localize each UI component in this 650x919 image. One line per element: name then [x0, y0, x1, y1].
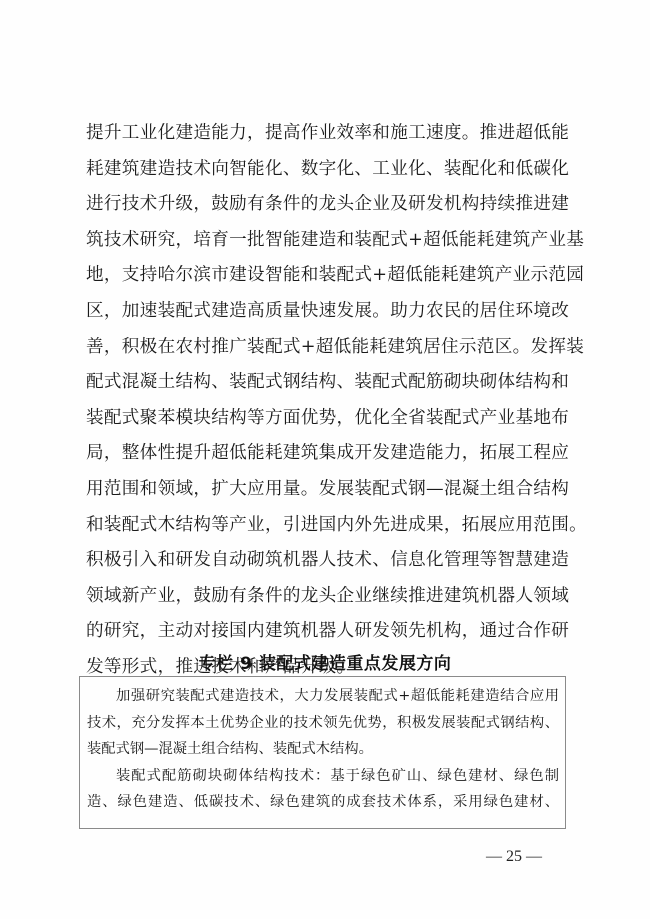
body-line: 积极引入和研发自动砌筑机器人技术、信息化管理等智慧建造	[86, 543, 568, 579]
sidebar-box: 加强研究装配式建造技术，大力发展装配式+超低能耗建造结合应用 技术，充分发挥本土…	[79, 676, 566, 829]
body-line: 进行技术升级，鼓励有条件的龙头企业及研发机构持续推进建	[86, 187, 568, 223]
body-paragraph: 提升工业化建造能力，提高作业效率和施工速度。推进超低能 耗建筑建造技术向智能化、…	[86, 116, 568, 686]
box-line: 造、绿色建造、低碳技术、绿色建筑的成套技术体系，采用绿色建材、	[87, 789, 559, 816]
body-line: 区，加速装配式建造高质量快速发展。助力农民的居住环境改	[86, 294, 568, 330]
sidebar-box-title: 专栏 9 装配式建造重点发展方向	[0, 649, 650, 674]
document-page: 提升工业化建造能力，提高作业效率和施工速度。推进超低能 耗建筑建造技术向智能化、…	[0, 0, 650, 919]
body-line: 地，支持哈尔滨市建设智能和装配式+超低能耗建筑产业示范园	[86, 258, 568, 294]
body-line: 筑技术研究，培育一批智能建造和装配式+超低能耗建筑产业基	[86, 223, 568, 259]
box-line: 加强研究装配式建造技术，大力发展装配式+超低能耗建造结合应用	[87, 683, 559, 710]
body-line: 配式混凝土结构、装配式钢结构、装配式配筋砌块砌体结构和	[86, 365, 568, 401]
body-line: 局，整体性提升超低能耗建筑集成开发建造能力，拓展工程应	[86, 436, 568, 472]
body-line: 耗建筑建造技术向智能化、数字化、工业化、装配化和低碳化	[86, 152, 568, 188]
body-line: 领域新产业，鼓励有条件的龙头企业继续推进建筑机器人领域	[86, 579, 568, 615]
body-line: 的研究，主动对接国内建筑机器人研发领先机构，通过合作研	[86, 614, 568, 650]
body-line: 用范围和领域，扩大应用量。发展装配式钢—混凝土组合结构	[86, 472, 568, 508]
box-line: 技术，充分发挥本土优势企业的技术领先优势，积极发展装配式钢结构、	[87, 710, 559, 737]
box-line: 装配式钢—混凝土组合结构、装配式木结构。	[87, 736, 559, 763]
body-line: 提升工业化建造能力，提高作业效率和施工速度。推进超低能	[86, 116, 568, 152]
body-line: 和装配式木结构等产业，引进国内外先进成果，拓展应用范围。	[86, 508, 568, 544]
box-line: 装配式配筋砌块砌体结构技术：基于绿色矿山、绿色建材、绿色制	[87, 763, 559, 790]
body-line: 善，积极在农村推广装配式+超低能耗建筑居住示范区。发挥装	[86, 330, 568, 366]
page-number: — 25 —	[486, 848, 542, 866]
body-line: 装配式聚苯模块结构等方面优势，优化全省装配式产业基地布	[86, 401, 568, 437]
sidebar-box-content: 加强研究装配式建造技术，大力发展装配式+超低能耗建造结合应用 技术，充分发挥本土…	[87, 683, 559, 816]
